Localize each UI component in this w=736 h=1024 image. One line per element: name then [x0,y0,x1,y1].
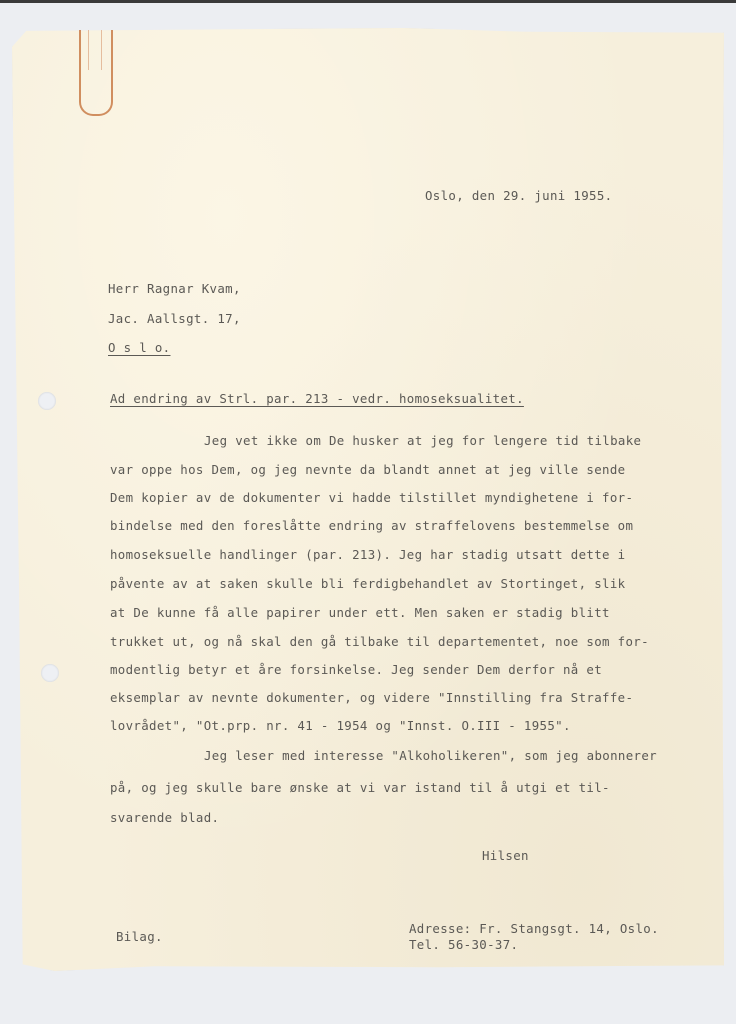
paperclip-rust-mark-inner [88,30,102,70]
closing: Hilsen [482,850,529,862]
body-line: på, og jeg skulle bare ønske at vi var i… [110,782,610,794]
body-line: eksemplar av nevnte dokumenter, og vider… [110,692,633,704]
sender-address: Adresse: Fr. Stangsgt. 14, Oslo. [409,923,659,935]
enclosure-note: Bilag. [116,931,163,943]
body-line: Dem kopier av de dokumenter vi hadde til… [110,492,633,504]
punch-hole-upper [38,392,56,410]
subject-line: Ad endring av Strl. par. 213 - vedr. hom… [110,393,524,405]
recipient-street: Jac. Aallsgt. 17, [108,313,241,325]
body-line: bindelse med den foreslåtte endring av s… [110,520,633,532]
body-line: svarende blad. [110,812,219,824]
sender-phone: Tel. 56-30-37. [409,939,518,951]
body-line: lovrådet", "Ot.prp. nr. 41 - 1954 og "In… [110,720,571,732]
scan-top-edge [0,0,736,3]
date-line: Oslo, den 29. juni 1955. [425,190,612,202]
punch-hole-lower [41,664,59,682]
recipient-city: O s l o. [108,342,170,354]
body-line: homoseksuelle handlinger (par. 213). Jeg… [110,549,625,561]
body-line: Jeg vet ikke om De husker at jeg for len… [204,435,641,447]
body-line: trukket ut, og nå skal den gå tilbake ti… [110,636,649,648]
body-line: at De kunne få alle papirer under ett. M… [110,607,610,619]
body-line: var oppe hos Dem, og jeg nevnte da bland… [110,464,625,476]
recipient-name: Herr Ragnar Kvam, [108,283,241,295]
body-line: Jeg leser med interesse "Alkoholikeren",… [204,750,657,762]
body-line: modentlig betyr et åre forsinkelse. Jeg … [110,664,602,676]
body-line: påvente av at saken skulle bli ferdigbeh… [110,578,625,590]
